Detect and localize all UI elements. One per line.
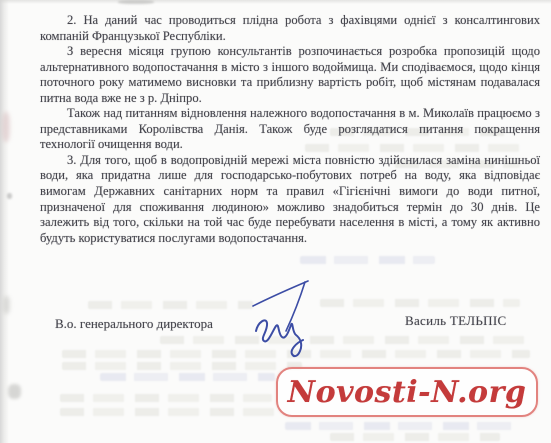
paragraph: 2. На даний час проводиться плідна робот… — [40, 13, 540, 44]
scan-edge-top — [0, 0, 551, 4]
bleed-through-artifact — [285, 422, 520, 430]
scan-smudge — [7, 193, 12, 199]
scan-smudge — [2, 112, 10, 142]
scan-edge-left — [0, 0, 9, 443]
scan-smudge — [8, 384, 21, 399]
bleed-through-artifact — [300, 256, 435, 264]
scanned-document-page: 2. На даний час проводиться плідна робот… — [0, 0, 551, 443]
paragraph: 3. Для того, щоб в водопровідній мережі … — [40, 153, 540, 246]
signer-title: В.о. генерального директора — [55, 316, 213, 332]
bleed-through-artifact — [60, 394, 272, 402]
watermark-text: Novosti-N.org — [288, 375, 527, 410]
bleed-through-artifact — [330, 433, 500, 441]
bleed-through-artifact — [100, 373, 275, 381]
bleed-through-artifact — [160, 336, 530, 344]
letter-body: 2. На даний час проводиться плідна робот… — [40, 13, 540, 246]
paragraph: Також над питанням відновлення належного… — [40, 106, 540, 153]
scan-smudge — [118, 0, 154, 4]
bleed-through-artifact — [60, 408, 278, 416]
watermark-badge: Novosti-N.org — [276, 367, 538, 417]
paragraph: З вересня місяця групою консультантів ро… — [40, 44, 540, 106]
bleed-through-artifact — [88, 301, 253, 309]
signer-name: Василь ТЕЛЬПІС — [405, 313, 506, 329]
bleed-through-artifact — [320, 299, 520, 307]
signature-ink — [243, 274, 325, 364]
scan-smudge — [3, 296, 10, 314]
